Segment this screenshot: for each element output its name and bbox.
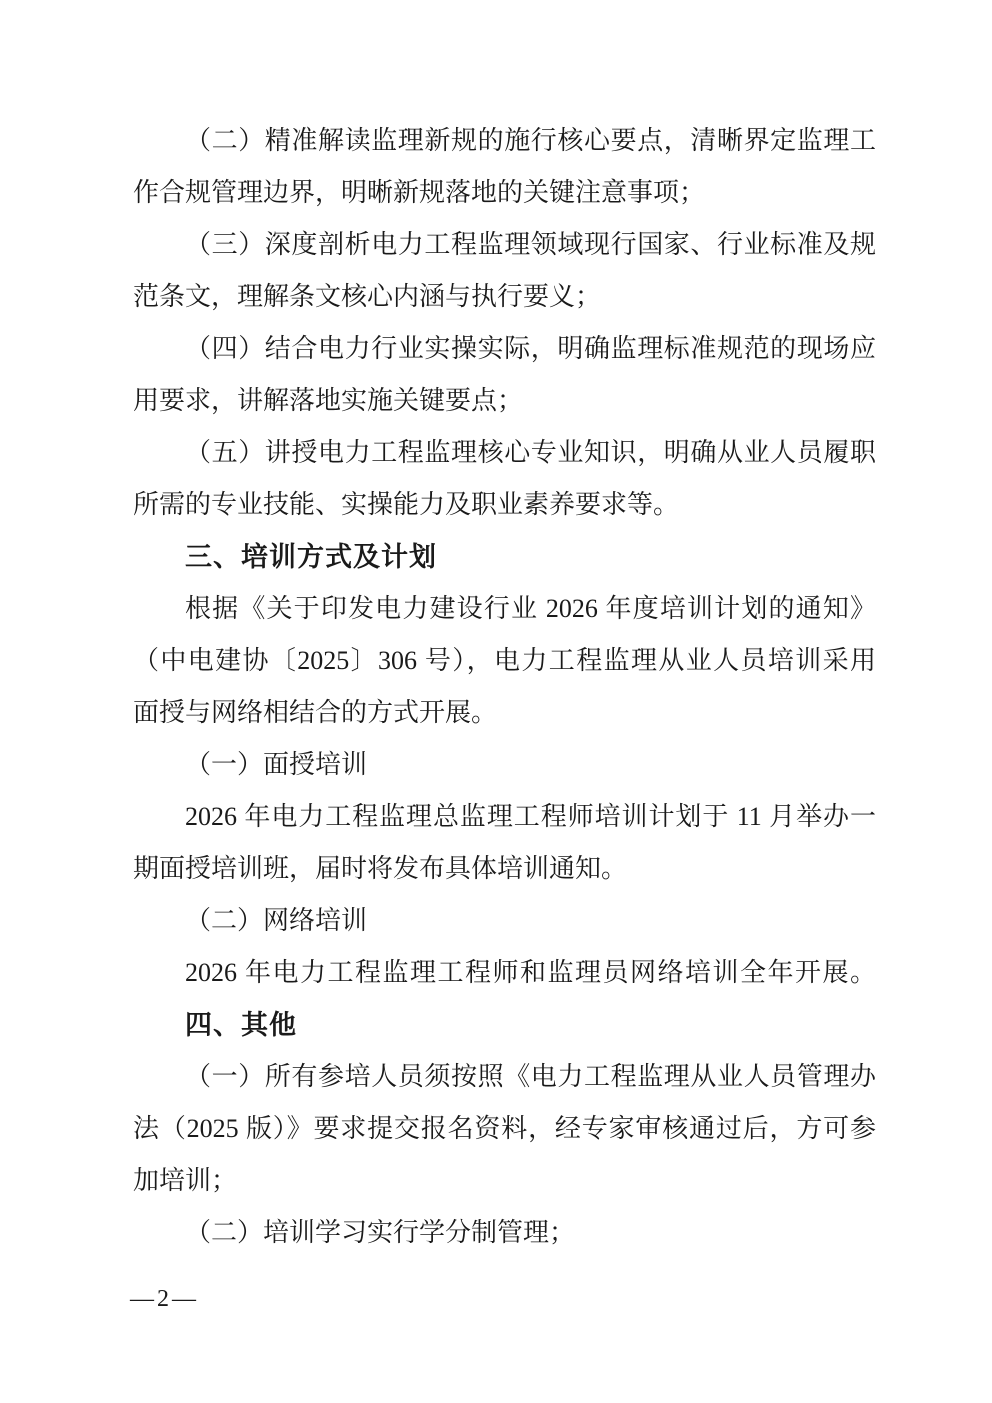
paragraph-line: （三）深度剖析电力工程监理领域现行国家、行业标准及规 [133, 219, 876, 271]
paragraph-line: 面授与网络相结合的方式开展。 [133, 687, 876, 739]
subsection-heading-online: （二）网络培训 [133, 895, 876, 947]
paragraph-line: （二）精准解读监理新规的施行核心要点，清晰界定监理工 [133, 115, 876, 167]
paragraph-line: 2026 年电力工程监理工程师和监理员网络培训全年开展。 [133, 947, 876, 999]
section-heading-others: 四、其他 [133, 999, 876, 1051]
paragraph-line: （四）结合电力行业实操实际，明确监理标准规范的现场应 [133, 323, 876, 375]
paragraph-line: 加培训； [133, 1155, 876, 1207]
paragraph-line: 所需的专业技能、实操能力及职业素养要求等。 [133, 479, 876, 531]
page-number: —2— [130, 1284, 199, 1314]
paragraph-line: （中电建协〔2025〕306 号），电力工程监理从业人员培训采用 [133, 635, 876, 687]
paragraph-line: 范条文，理解条文核心内涵与执行要义； [133, 271, 876, 323]
document-page: （二）精准解读监理新规的施行核心要点，清晰界定监理工 作合规管理边界，明晰新规落… [0, 0, 992, 1403]
paragraph-line: 2026 年电力工程监理总监理工程师培训计划于 11 月举办一 [133, 791, 876, 843]
document-body: （二）精准解读监理新规的施行核心要点，清晰界定监理工 作合规管理边界，明晰新规落… [133, 115, 876, 1259]
paragraph-line: （二）培训学习实行学分制管理； [133, 1207, 876, 1259]
paragraph-line: 法（2025 版）》要求提交报名资料，经专家审核通过后，方可参 [133, 1103, 876, 1155]
paragraph-line: 用要求，讲解落地实施关键要点； [133, 375, 876, 427]
paragraph-line: 期面授培训班，届时将发布具体培训通知。 [133, 843, 876, 895]
paragraph-line: 根据《关于印发电力建设行业 2026 年度培训计划的通知》 [133, 583, 876, 635]
paragraph-line: 作合规管理边界，明晰新规落地的关键注意事项； [133, 167, 876, 219]
paragraph-line: （五）讲授电力工程监理核心专业知识，明确从业人员履职 [133, 427, 876, 479]
subsection-heading-face-to-face: （一）面授培训 [133, 739, 876, 791]
paragraph-line: （一）所有参培人员须按照《电力工程监理从业人员管理办 [133, 1051, 876, 1103]
section-heading-training-method: 三、培训方式及计划 [133, 531, 876, 583]
